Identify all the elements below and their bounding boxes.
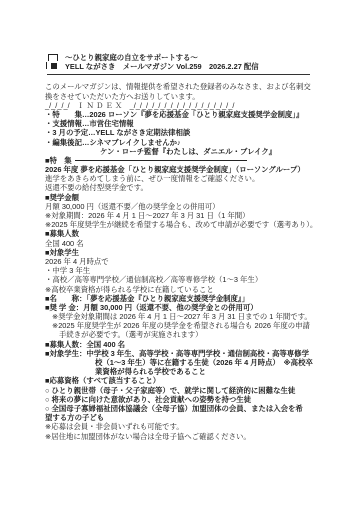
intro-line-2: 換をさせていただいた方へお送りしています。 xyxy=(45,92,323,101)
students-line-4: ※高校卒業資格が得られる学校に在籍していること xyxy=(45,285,323,294)
amount-note-1: ※対象期間：2026 年 4 月 1 日～2027 年 3 月 31 日（1 年… xyxy=(45,211,323,220)
feature-section-rule xyxy=(75,160,247,161)
amount-note-2: ※2025 年度奨学生が継続を希望する場合も、改めて申請が必要です（選考あり）。 xyxy=(45,220,323,229)
index-item-editors-note-sub: ケン・ローチ監督『わたしは、ダニエル・ブレイク』 xyxy=(45,147,323,156)
students-line-1: 2026 年 4 月時点で xyxy=(45,257,323,266)
eligibility-label: ■応募資格（すべて該当すること） xyxy=(45,376,323,385)
students-label: ■対象学生 xyxy=(45,248,323,257)
feature-title: 2026 年度 夢を応援基金「ひとり親家庭支援奨学金制度」（ローソングループ） xyxy=(45,165,323,174)
index-item-march-schedule: ・3 月の予定…YELL ながさき定期法律相談 xyxy=(45,128,323,137)
masthead-title: YELL ながさき メールマガジン Vol.259 2026.2.27 配信 xyxy=(65,62,323,71)
feature-section-label: ■特 集 xyxy=(45,156,72,165)
detail-students-a: ■対象学生：中学校 3 年生、高等学校・高等専門学校・通信制高校・高等専修学 xyxy=(45,349,323,358)
eligibility-note-1: ※応募は会員・非会員いずれも可能です。 xyxy=(45,422,323,431)
detail-scholarship: ■奨 学 金：月額 30,000 円（返還不要、他の奨学金との併用可） xyxy=(45,303,323,312)
feature-lead-1: 進学をあきらめてしまう前に、ぜひ一度情報をご確認ください。 xyxy=(45,174,323,183)
newsletter-page: ～ひとり親家庭の自立をサポートする～ YELL ながさき メールマガジン Vol… xyxy=(45,53,323,441)
index-item-feature: ・特 集…2026 ローソン『夢を応援基金「ひとり親家庭支援奨学金制度」』 xyxy=(45,110,323,119)
eligibility-cond-3b: 望する方の子ども xyxy=(45,413,323,422)
detail-name: ■名 称：「夢を応援基金『ひとり親家庭支援奨学金制度』」 xyxy=(45,294,323,303)
index-item-editors-note: ・編集後記…シネマブレイクしませんか♪ xyxy=(45,138,323,147)
detail-students-c: 業資格が得られる学校であること xyxy=(45,367,323,376)
masthead-divider xyxy=(47,74,310,75)
eligibility-cond-3a: ○ 全国母子寡婦福祉団体協議会（全母子協）加盟団体の会員、または入会を希 xyxy=(45,404,323,413)
eligibility-cond-2: ○ 将来の夢に向けた意欲があり、社会貢献への姿勢を持つ生徒 xyxy=(45,395,323,404)
eligibility-note-2: ※居住地に加盟団体がない場合は全母子協へご確認ください。 xyxy=(45,432,323,441)
detail-recruit: ■募集人数：全国 400 名 xyxy=(45,340,323,349)
index-heading: _/_/_/_/ Ｉ Ｎ Ｄ Ｅ Ｘ _/_/_/_/_/_/_/_/_/_/_… xyxy=(45,101,323,110)
feature-section-heading: ■特 集 xyxy=(45,156,323,165)
detail-students-b: 校（1～3 年生）等に在籍する生徒（2026 年 4 月時点） ※高校卒 xyxy=(45,358,323,367)
intro-line-1: このメールマガジンは、情報提供を希望された登録者のみなさま、および名刺交 xyxy=(45,82,323,91)
students-line-3: ・高校／高等専門学校／通信制高校／高等専修学校（1～3 年生） xyxy=(45,275,323,284)
recruit-value: 全国 400 名 xyxy=(45,239,323,248)
recruit-label: ■募集人数 xyxy=(45,229,323,238)
detail-note-2a: ※2025 年度奨学生が 2026 年度の奨学金を希望される場合も 2026 年… xyxy=(45,321,323,330)
eligibility-cond-1: ○ ひとり親世帯（母子・父子家庭等）で、就学に関して経済的に困難な生徒 xyxy=(45,386,323,395)
detail-note-1: ※奨学金対象期間は 2026 年 4 月 1 日～2027 年 3 月 31 日… xyxy=(45,312,323,321)
mail-logo-icon xyxy=(48,54,58,61)
amount-value: 月額 30,000 円（返還不要／他の奨学金との併用可） xyxy=(45,202,323,211)
students-line-2: ・中学 3 年生 xyxy=(45,266,323,275)
mail-logo-square-icon xyxy=(51,63,57,69)
masthead-tagline: ～ひとり親家庭の自立をサポートする～ xyxy=(65,53,323,62)
index-item-support-info: ・支援情報…市営住宅情報 xyxy=(45,119,323,128)
masthead: ～ひとり親家庭の自立をサポートする～ YELL ながさき メールマガジン Vol… xyxy=(45,53,323,75)
feature-lead-2: 返還不要の給付型奨学金です。 xyxy=(45,183,323,192)
detail-note-2b: 手続きが必要です。（選考が実施されます） xyxy=(45,330,323,339)
amount-label: ■奨学金額 xyxy=(45,193,323,202)
